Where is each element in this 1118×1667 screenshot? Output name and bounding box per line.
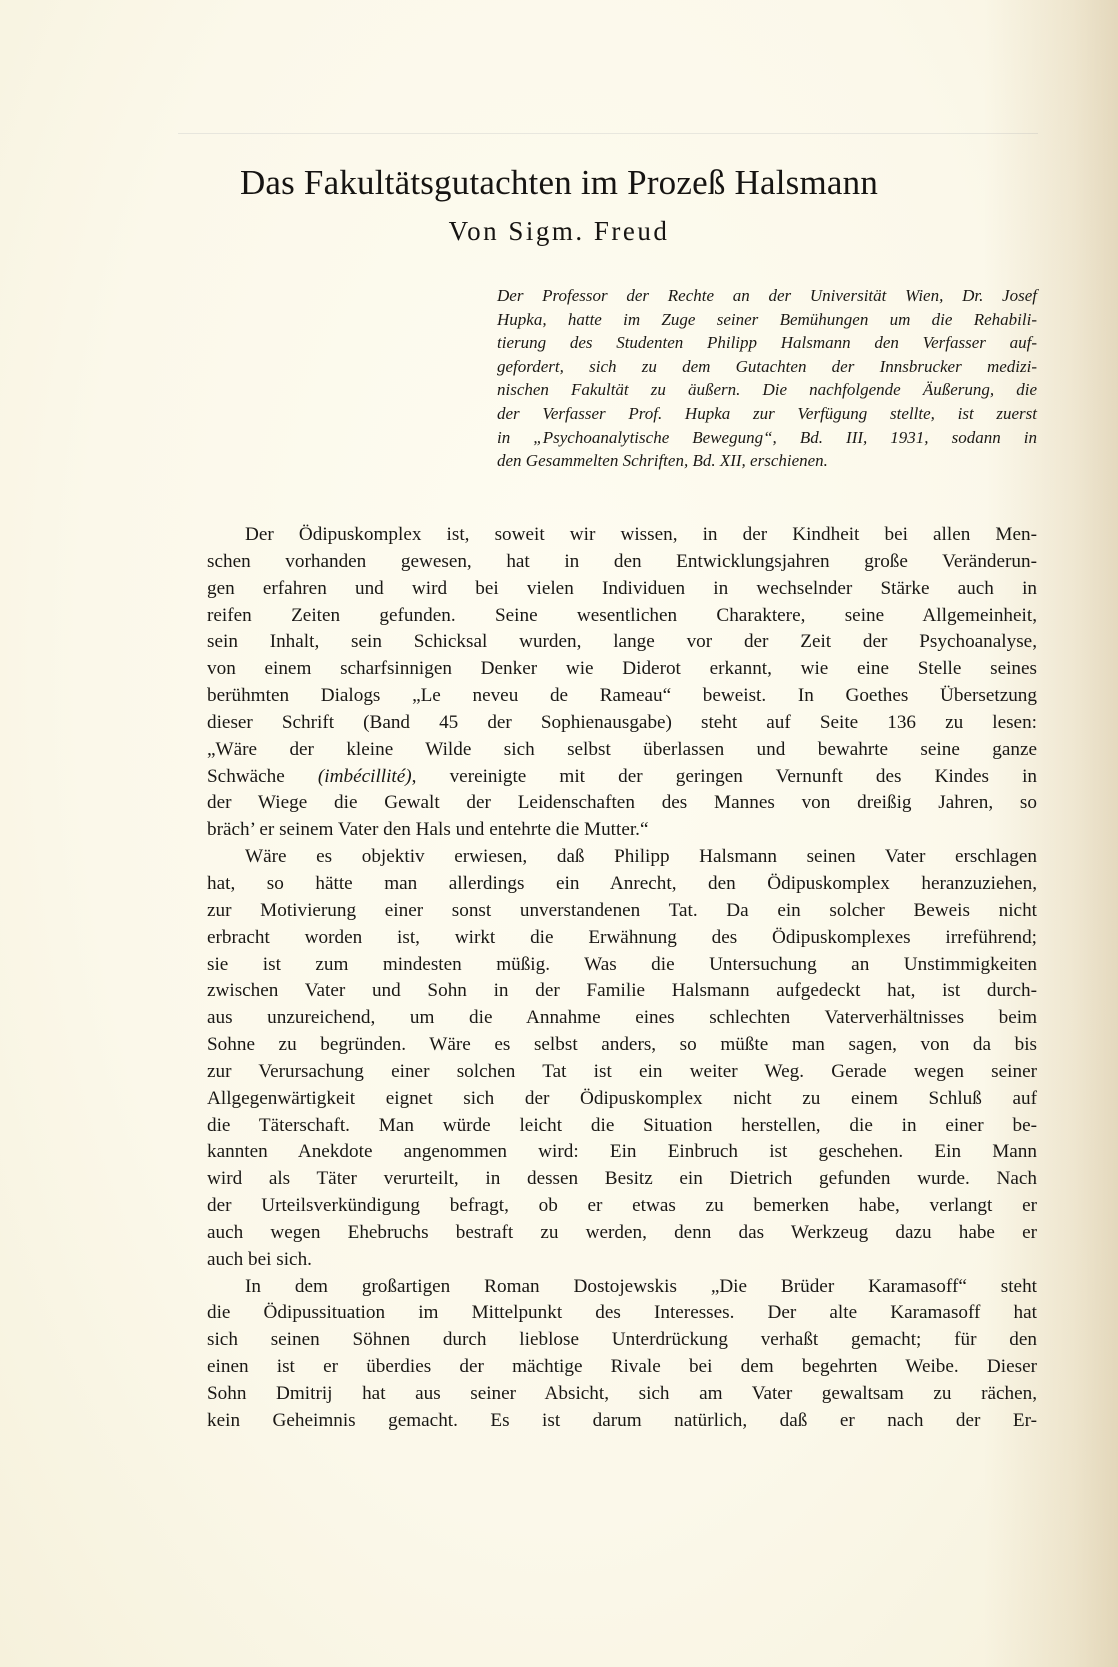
article-title: Das Fakultätsgutachten im Prozeß Halsman…: [0, 163, 1118, 203]
text-line: aus unzureichend, um die Annahme eines s…: [207, 1005, 1037, 1032]
text-line: sich seinen Söhnen durch lieblose Unterd…: [207, 1327, 1037, 1354]
text-line: der Wiege die Gewalt der Leidenschaften …: [207, 790, 1037, 817]
text-line: auch bei sich.: [207, 1247, 1037, 1274]
body-text: Der Ödipuskomplex ist, soweit wir wissen…: [207, 522, 1037, 1435]
text-line: Wäre es objektiv erwiesen, daß Philipp H…: [207, 844, 1037, 871]
note-line: in „Psychoanalytische Bewegung“, Bd. III…: [497, 426, 1037, 450]
text-line: kein Geheimnis gemacht. Es ist darum nat…: [207, 1408, 1037, 1435]
text-line: kannten Anekdote angenommen wird: Ein Ei…: [207, 1139, 1037, 1166]
note-line: gefordert, sich zu dem Gutachten der Inn…: [497, 355, 1037, 379]
text-line: der Urteilsverkündigung befragt, ob er e…: [207, 1193, 1037, 1220]
text-line: gen erfahren und wird bei vielen Individ…: [207, 576, 1037, 603]
text-line: Schwäche (imbécillité), vereinigte mit d…: [207, 764, 1037, 791]
text-line: einen ist er überdies der mächtige Rival…: [207, 1354, 1037, 1381]
text-line: wird als Täter verurteilt, in dessen Bes…: [207, 1166, 1037, 1193]
editorial-note: Der Professor der Rechte an der Universi…: [497, 284, 1037, 473]
text-line: zwischen Vater und Sohn in der Familie H…: [207, 978, 1037, 1005]
paragraph-3: In dem großartigen Roman Dostojewskis „D…: [207, 1274, 1037, 1435]
text-line: Der Ödipuskomplex ist, soweit wir wissen…: [207, 522, 1037, 549]
note-line: nischen Fakultät zu äußern. Die nachfolg…: [497, 378, 1037, 402]
text-line: die Täterschaft. Man würde leicht die Si…: [207, 1113, 1037, 1140]
paragraph-1: Der Ödipuskomplex ist, soweit wir wissen…: [207, 522, 1037, 844]
text-line: Sohne zu begründen. Wäre es selbst ander…: [207, 1032, 1037, 1059]
note-line: tierung des Studenten Philipp Halsmann d…: [497, 331, 1037, 355]
bleed-through-header: [178, 106, 1038, 134]
note-line: Hupka, hatte im Zuge seiner Bemühungen u…: [497, 308, 1037, 332]
text-line: schen vorhanden gewesen, hat in den Entw…: [207, 549, 1037, 576]
text-line: bräch’ er seinem Vater den Hals und ente…: [207, 817, 1037, 844]
text-line: „Wäre der kleine Wilde sich selbst überl…: [207, 737, 1037, 764]
note-line: Der Professor der Rechte an der Universi…: [497, 284, 1037, 308]
scanned-page: Das Fakultätsgutachten im Prozeß Halsman…: [0, 0, 1118, 1667]
text-line: zur Verursachung einer solchen Tat ist e…: [207, 1059, 1037, 1086]
text-line: von einem scharfsinnigen Denker wie Dide…: [207, 656, 1037, 683]
text-line: In dem großartigen Roman Dostojewskis „D…: [207, 1274, 1037, 1301]
text-line: zur Motivierung einer sonst unverstanden…: [207, 898, 1037, 925]
author-byline: Von Sigm. Freud: [0, 216, 1118, 247]
note-line: den Gesammelten Schriften, Bd. XII, ersc…: [497, 449, 1037, 473]
text-line: Allgegenwärtigkeit eignet sich der Ödipu…: [207, 1086, 1037, 1113]
text-line: Sohn Dmitrij hat aus seiner Absicht, sic…: [207, 1381, 1037, 1408]
text-line: die Ödipussituation im Mittelpunkt des I…: [207, 1300, 1037, 1327]
text-line: sein Inhalt, sein Schicksal wurden, lang…: [207, 629, 1037, 656]
paragraph-2: Wäre es objektiv erwiesen, daß Philipp H…: [207, 844, 1037, 1274]
text-line: reifen Zeiten gefunden. Seine wesentlich…: [207, 603, 1037, 630]
italic-term: (imbécillité): [318, 766, 412, 787]
text-line: auch wegen Ehebruchs bestraft zu werden,…: [207, 1220, 1037, 1247]
note-line: der Verfasser Prof. Hupka zur Verfügung …: [497, 402, 1037, 426]
text-line: sie ist zum mindesten müßig. Was die Unt…: [207, 952, 1037, 979]
text-line: erbracht worden ist, wirkt die Erwähnung…: [207, 925, 1037, 952]
text-line: hat, so hätte man allerdings ein Anrecht…: [207, 871, 1037, 898]
text-line: berühmten Dialogs „Le neveu de Rameau“ b…: [207, 683, 1037, 710]
text-line: dieser Schrift (Band 45 der Sophienausga…: [207, 710, 1037, 737]
